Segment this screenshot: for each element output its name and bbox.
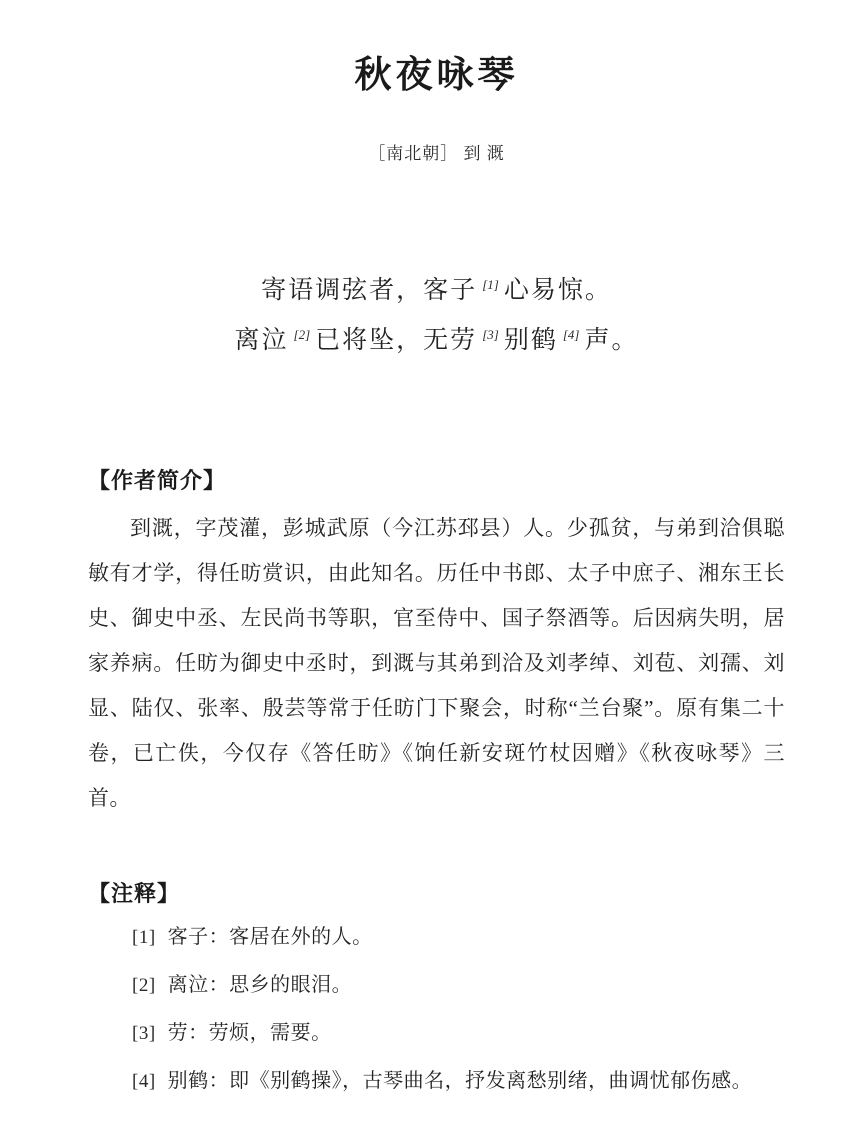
- note-item-2: [2]离泣：思乡的眼泪。: [132, 971, 785, 1000]
- poem-body: 寄语调弦者，客子[1]心易惊。 离泣[2]已将坠，无劳[3]别鹤[4]声。: [88, 276, 785, 356]
- poem-line-2: 离泣[2]已将坠，无劳[3]别鹤[4]声。: [88, 326, 785, 356]
- footnote-ref-4: [4]: [563, 327, 580, 342]
- note-text-2: 离泣：思乡的眼泪。: [168, 974, 353, 996]
- author-bio-paragraph: 到溉，字茂灌，彭城武原（今江苏邳县）人。少孤贫，与弟到洽俱聪敏有才学，得任昉赏识…: [88, 506, 785, 821]
- byline: ［南北朝］ 到 溉: [88, 142, 785, 166]
- poem-text: 声。: [584, 327, 638, 354]
- footnote-ref-1: [1]: [482, 277, 499, 292]
- document-page: 秋夜咏琴 ［南北朝］ 到 溉 寄语调弦者，客子[1]心易惊。 离泣[2]已将坠，…: [0, 0, 868, 1146]
- note-marker-1: [1]: [132, 924, 156, 952]
- poem-text: 别鹤: [504, 327, 558, 354]
- note-text-1: 客子：客居在外的人。: [168, 926, 373, 948]
- footnote-ref-2: [2]: [294, 327, 311, 342]
- note-item-4: [4]别鹤：即《别鹤操》，古琴曲名，抒发离愁别绪，曲调忧郁伤感。: [132, 1067, 785, 1096]
- note-text-3: 劳：劳烦，需要。: [168, 1022, 332, 1044]
- note-item-1: [1]客子：客居在外的人。: [132, 923, 785, 952]
- notes-section: 【注释】 [1]客子：客居在外的人。 [2]离泣：思乡的眼泪。 [3]劳：劳烦，…: [88, 879, 785, 1096]
- note-item-3: [3]劳：劳烦，需要。: [132, 1019, 785, 1048]
- poem-text: 已将坠，无劳: [315, 327, 477, 354]
- notes-list: [1]客子：客居在外的人。 [2]离泣：思乡的眼泪。 [3]劳：劳烦，需要。 […: [88, 923, 785, 1096]
- poem-text: 心易惊。: [504, 277, 612, 304]
- note-marker-3: [3]: [132, 1020, 156, 1048]
- note-text-4: 别鹤：即《别鹤操》，古琴曲名，抒发离愁别绪，曲调忧郁伤感。: [168, 1070, 753, 1092]
- notes-section-heading: 【注释】: [88, 879, 785, 909]
- poem-line-1: 寄语调弦者，客子[1]心易惊。: [88, 276, 785, 306]
- poem-title: 秋夜咏琴: [88, 52, 785, 100]
- poem-text: 寄语调弦者，客子: [261, 277, 477, 304]
- poem-text: 离泣: [235, 327, 289, 354]
- note-marker-4: [4]: [132, 1068, 156, 1096]
- note-marker-2: [2]: [132, 972, 156, 1000]
- author-section-heading: 【作者简介】: [88, 466, 785, 496]
- author-section: 【作者简介】 到溉，字茂灌，彭城武原（今江苏邳县）人。少孤贫，与弟到洽俱聪敏有才…: [88, 466, 785, 821]
- footnote-ref-3: [3]: [482, 327, 499, 342]
